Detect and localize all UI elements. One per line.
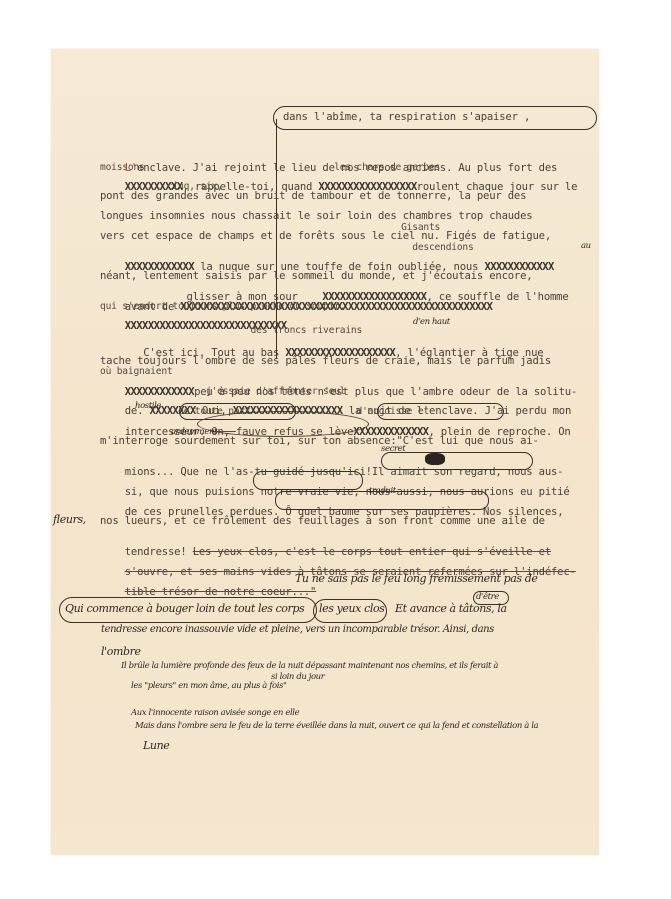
ink-blot [425, 453, 445, 465]
handwritten-d-en-haut: d'en haut [413, 317, 450, 327]
handwritten-note-4: Lune [143, 739, 169, 752]
typed-line-3: pont des grandes avec un bruit de tambou… [100, 191, 526, 202]
handwritten-note-1: Il brûle la lumière profonde des feux de… [121, 661, 498, 671]
handwritten-note-3: Mais dans l'ombre sera le feu de la terr… [135, 721, 538, 731]
handwritten-closing-line-2-tail: Et avance à tâtons, la [395, 602, 507, 615]
handwritten-closing-line-4: l'ombre [101, 645, 141, 658]
circled-notre-vraie-vie [253, 471, 363, 490]
handwritten-aside: d'être [476, 592, 499, 602]
interline-6: des troncs riverains [100, 325, 362, 336]
handwritten-closing-circled-2: les yeux clos [319, 602, 384, 615]
transposition-loop [197, 411, 369, 437]
insert-balloon-text: dans l'abîme, ta respiration s'apaiser , [283, 112, 530, 123]
handwritten-note-1b: les "pleurs" en mon âme, au plus à fois" [131, 681, 287, 691]
manuscript-page: dans l'abîme, ta respiration s'apaiser ,… [51, 49, 599, 855]
handwritten-au: au [581, 241, 591, 251]
typed-line-5: vers cet espace de champs et de forêts s… [100, 231, 551, 242]
typed-line-4: longues insomnies nous chassait le soir … [100, 211, 532, 222]
circled-baume [275, 491, 489, 510]
handwritten-note-2: Aux l'innocente raison avisée songe en e… [131, 708, 299, 718]
handwritten-closing-circled-1: Qui commence à bouger loin de tout les c… [65, 602, 304, 615]
handwritten-fleurs: fleurs, [53, 513, 86, 526]
circled-son-regard [381, 452, 533, 470]
typed-line-20: nos lueurs, et ce frôlement des feuillag… [100, 516, 545, 527]
typed-line-16: m'interroge sourdement sur toi, sur ton … [100, 436, 539, 447]
handwritten-hostile: hostile [135, 401, 161, 411]
handwritten-closing-line-3: tendresse encore inassouvie vide et plei… [101, 624, 494, 635]
handwritten-closing-line-1: Tu ne sais pas le feu long frémissement … [295, 572, 538, 585]
